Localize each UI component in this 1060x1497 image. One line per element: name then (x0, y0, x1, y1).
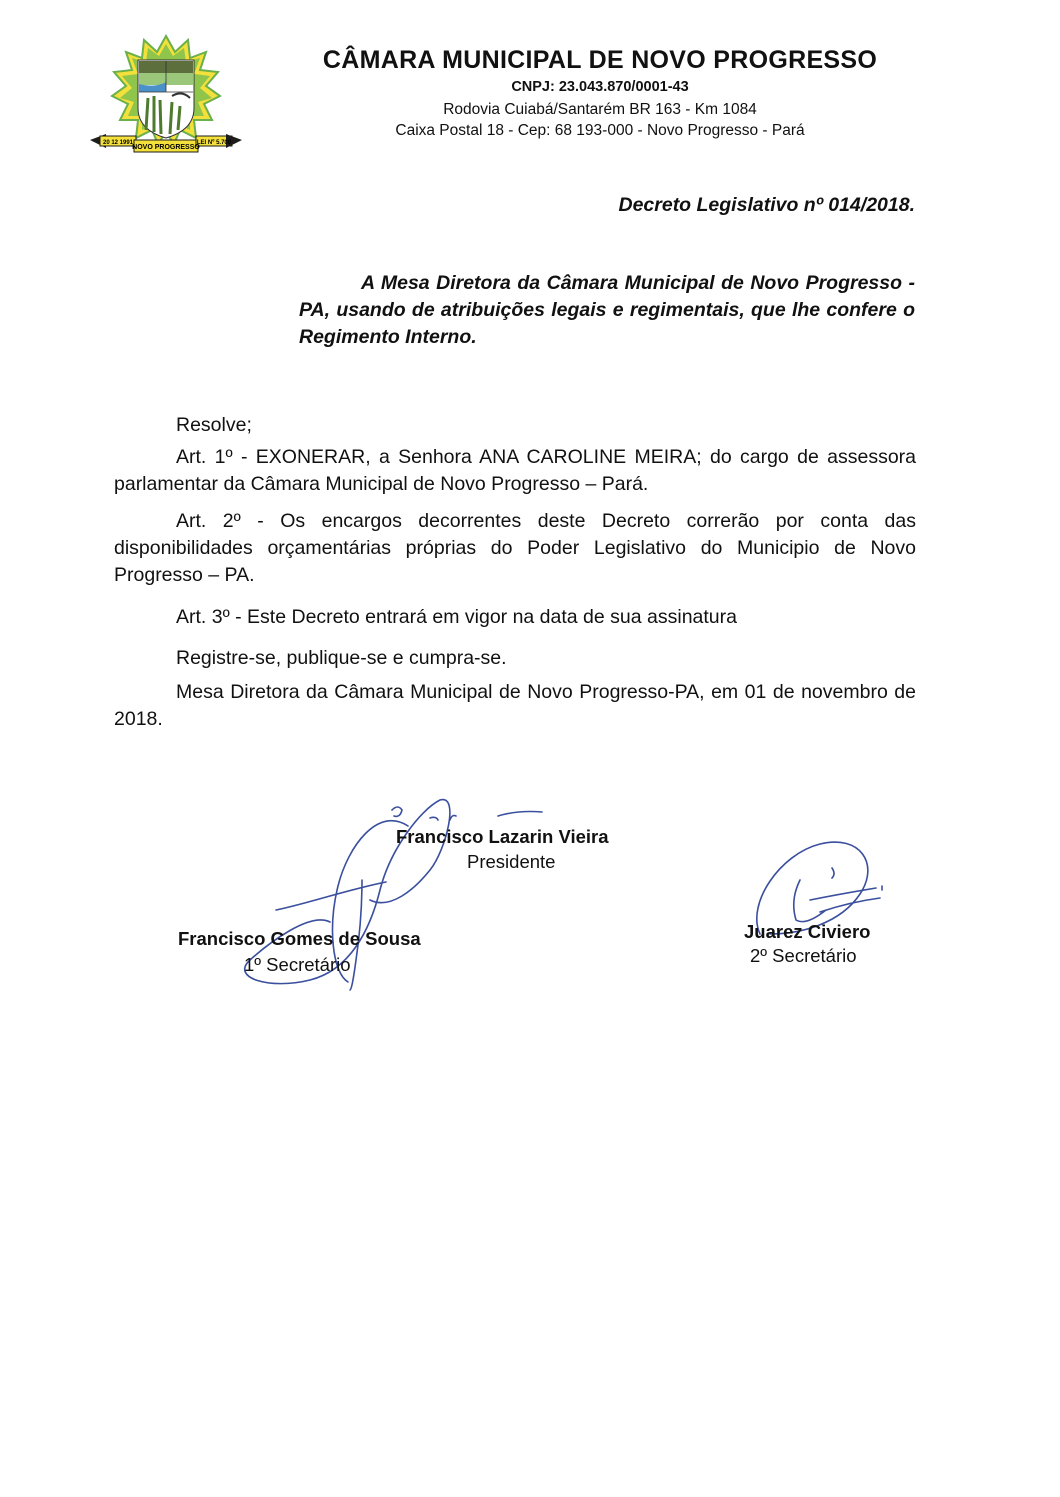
date-line: Mesa Diretora da Câmara Municipal de Nov… (114, 679, 916, 733)
cnpj: CNPJ: 23.043.870/0001-43 (260, 79, 940, 95)
institution-title: CÂMARA MUNICIPAL DE NOVO PROGRESSO (260, 46, 940, 75)
address-line-1: Rodovia Cuiabá/Santarém BR 163 - Km 1084 (260, 101, 940, 119)
first-secretary-role: 1º Secretário (244, 954, 351, 976)
second-secretary-name: Juarez Civiero (744, 921, 870, 943)
resolve-heading: Resolve; (114, 412, 916, 439)
address-line-2: Caixa Postal 18 - Cep: 68 193-000 - Novo… (260, 122, 940, 140)
article-2: Art. 2º - Os encargos decorrentes deste … (114, 508, 916, 589)
article-3: Art. 3º - Este Decreto entrará em vigor … (114, 604, 916, 631)
article-1: Art. 1º - EXONERAR, a Senhora ANA CAROLI… (114, 444, 916, 498)
closing-formula: Registre-se, publique-se e cumpra-se. (114, 645, 916, 672)
second-secretary-role: 2º Secretário (750, 945, 857, 967)
coat-of-arms-icon: 20 12 1991 NOVO PROGRESSO LEI Nº 5.700 (86, 34, 246, 162)
handwritten-signatures (0, 0, 1060, 1497)
president-name: Francisco Lazarin Vieira (396, 826, 609, 848)
svg-text:NOVO PROGRESSO: NOVO PROGRESSO (132, 144, 200, 151)
decree-number: Decreto Legislativo nº 014/2018. (618, 194, 915, 217)
svg-text:LEI Nº 5.700: LEI Nº 5.700 (197, 140, 232, 146)
first-secretary-name: Francisco Gomes de Sousa (178, 928, 421, 950)
president-role: Presidente (467, 851, 555, 873)
coat-of-arms-logo: 20 12 1991 NOVO PROGRESSO LEI Nº 5.700 (86, 34, 246, 162)
preamble: A Mesa Diretora da Câmara Municipal de N… (299, 270, 915, 351)
svg-text:20 12 1991: 20 12 1991 (103, 140, 134, 146)
